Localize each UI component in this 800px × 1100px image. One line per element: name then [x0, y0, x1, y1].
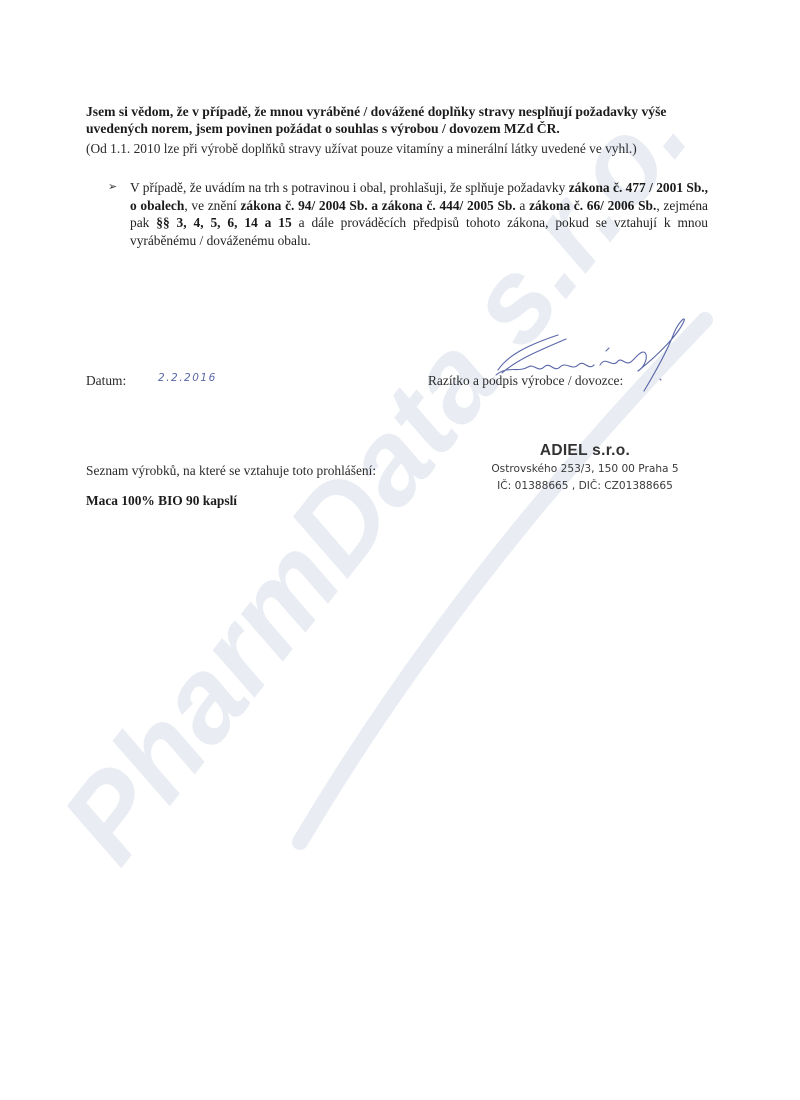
- declaration-paragraph: Jsem si vědom, že v případě, že mnou vyr…: [86, 103, 726, 137]
- company-ids: IČ: 01388665 , DIČ: CZ01388665: [470, 478, 700, 495]
- product-item: Maca 100% BIO 90 kapslí: [86, 493, 237, 509]
- company-address: Ostrovského 253/3, 150 00 Praha 5: [470, 461, 700, 478]
- date-value: 2.2.2016: [158, 372, 217, 384]
- arrow-bullet-icon: ➢: [108, 179, 117, 197]
- product-list-label: Seznam výrobků, na které se vztahuje tot…: [86, 463, 376, 479]
- vitamin-note: (Od 1.1. 2010 lze při výrobě doplňků str…: [86, 140, 726, 157]
- packaging-declaration-text: V případě, že uvádím na trh s potravinou…: [130, 179, 708, 249]
- company-name: ADIEL s.r.o.: [470, 441, 700, 461]
- stamp-signature-label: Razítko a podpis výrobce / dovozce:: [428, 373, 623, 389]
- packaging-declaration: ➢ V případě, že uvádím na trh s potravin…: [108, 179, 708, 249]
- watermark: PharmData s.r.o.: [0, 0, 800, 1100]
- company-stamp: ADIEL s.r.o. Ostrovského 253/3, 150 00 P…: [470, 441, 700, 495]
- watermark-swash: [300, 320, 705, 842]
- date-label: Datum:: [86, 373, 126, 389]
